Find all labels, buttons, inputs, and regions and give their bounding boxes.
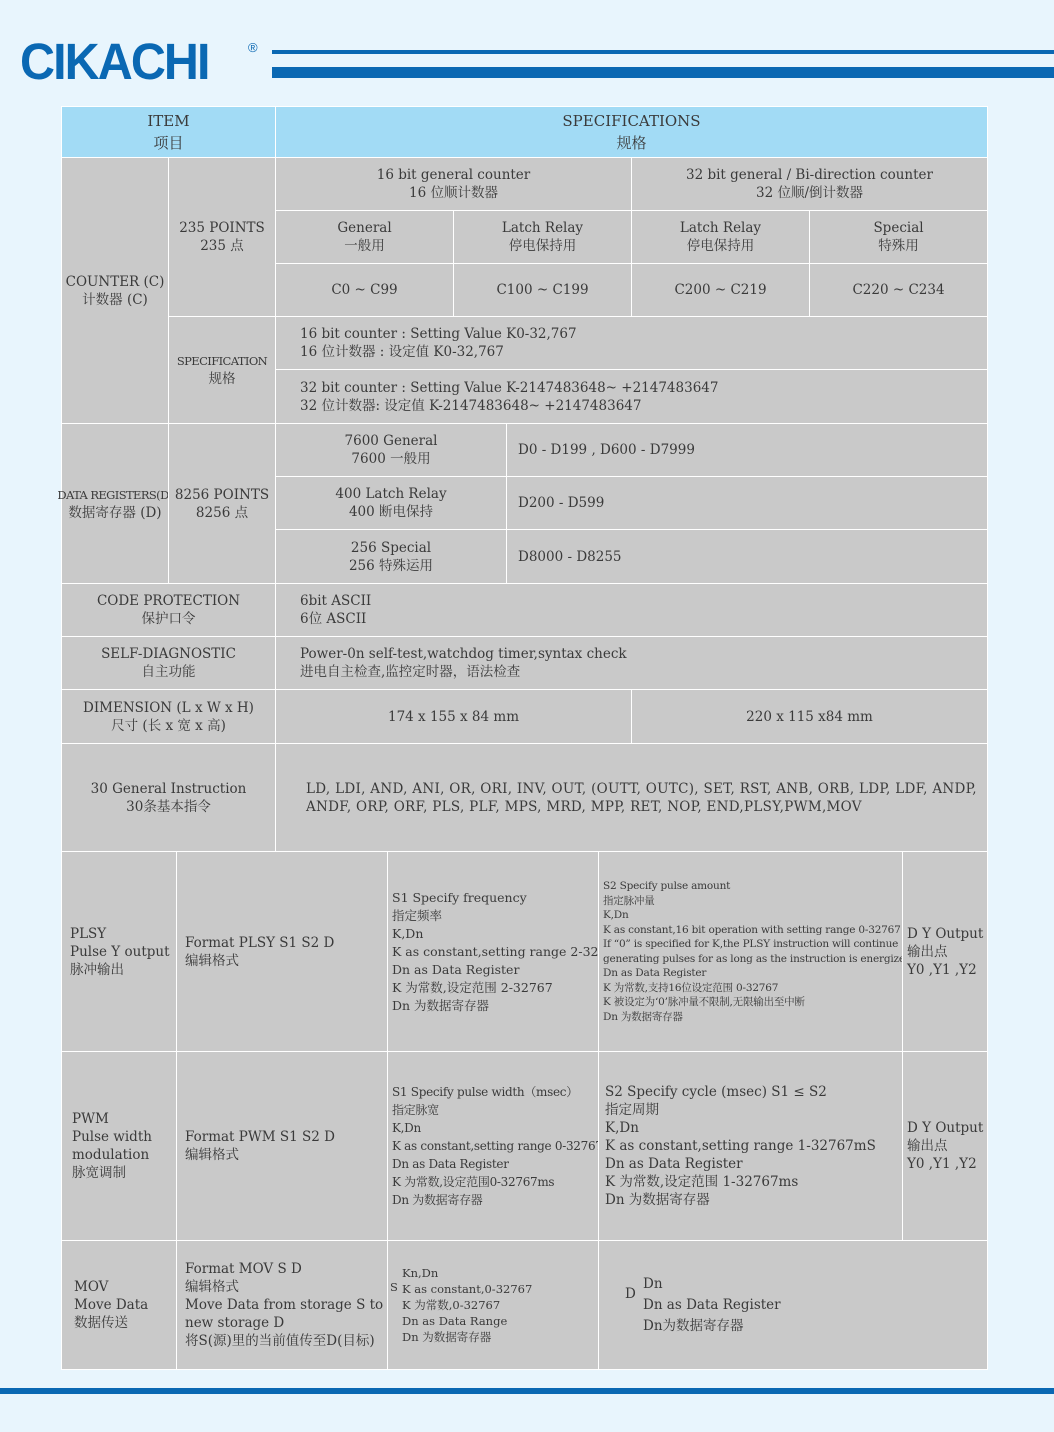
pwm-name: PWMPulse widthmodulation脉宽调制 [61,1051,177,1241]
cell-line: K as constant,setting range 0-32767mS [392,1137,622,1155]
counter-label: COUNTER (C) 计数器 (C) [61,157,169,424]
dr-label-en: DATA REGISTERS(D) [57,486,172,504]
group32-zh: 32 位顺/倒计数器 [756,184,863,202]
instructions-label: 30 General Instruction 30条基本指令 [61,743,276,852]
cell-line: Format PLSY S1 S2 D [185,934,334,952]
counter-spec-32bit: 32 bit counter : Setting Value K-2147483… [275,369,988,424]
mov-destination-lines: DnDn as Data RegisterDn为数据寄存器 [643,1274,781,1337]
sd-value-en: Power-0n self-test,watchdog timer,syntax… [300,645,627,663]
type-zh: 一般用 [344,237,385,255]
cell-line: S2 Specify cycle (msec) S1 ≤ S2 [605,1083,827,1101]
cell-line: K,Dn [392,1119,421,1137]
source-letter: S [390,1279,398,1295]
type-zh: 停电保持用 [509,237,577,255]
cell-line: PWM [72,1110,109,1128]
type-en: Special [873,219,923,237]
header-divider-thick [272,67,1054,78]
footer-divider [0,1388,1054,1394]
spec-label-zh: 规格 [209,370,236,388]
cell-line: K 为常数,设定范围0-32767ms [392,1173,554,1191]
dr-points-en: 8256 POINTS [175,486,269,504]
cell-line: K,Dn [392,925,423,943]
cell-line: K as constant,16 bit operation with sett… [603,923,901,938]
range-text: C0 ~ C99 [331,281,397,299]
data-registers-label: DATA REGISTERS(D) 数据寄存器 (D) [61,423,169,584]
header-divider-thin [272,50,1054,54]
dimension-label: DIMENSION (L x W x H) 尺寸 (长 x 宽 x 高) [61,689,276,744]
plsy-s2: S2 Specify pulse amount指定脉冲量K,DnK as con… [598,851,903,1052]
cell-line: Dn as Data Range [402,1313,532,1329]
dr-range-text: D0 - D199 , D600 - D7999 [518,441,695,459]
counter-points: 235 POINTS 235 点 [168,157,276,317]
cell-line: Move Data from storage S to a [185,1296,396,1314]
cell-line: 脉宽调制 [72,1164,126,1182]
cell-line: Dn as Data Register [392,961,519,979]
cell-line: MOV [74,1278,108,1296]
self-diagnostic-value: Power-0n self-test,watchdog timer,syntax… [275,636,988,690]
counter-16bit-group: 16 bit general counter 16 位顺计数器 [275,157,632,211]
spec16-zh: 16 位计数器 : 设定值 K0-32,767 [300,343,504,361]
mov-name: MOVMove Data数据传送 [61,1240,177,1370]
mov-destination-block: D DnDn as Data RegisterDn为数据寄存器 [625,1274,781,1337]
counter-range: C220 ~ C234 [809,263,988,317]
destination-letter: D [625,1284,636,1305]
pwm-s1: S1 Specify pulse width（msec）指定脉宽K,DnK as… [387,1051,599,1241]
counter-spec-16bit: 16 bit counter : Setting Value K0-32,767… [275,316,988,370]
spec32-zh: 32 位计数器: 设定值 K-2147483648~ +2147483647 [300,397,641,415]
dimension-value-a: 174 x 155 x 84 mm [275,689,632,744]
type-zh: 停电保持用 [687,237,755,255]
cell-line: 指定脉宽 [392,1101,439,1119]
cell-line: 指定周期 [605,1101,659,1119]
type-en: Latch Relay [680,219,761,237]
dr-type-zh: 400 断电保持 [349,503,433,521]
cell-line: Kn,Dn [402,1265,532,1281]
counter-range: C0 ~ C99 [275,263,454,317]
cell-line: Dn 为数据寄存器 [402,1329,532,1345]
pwm-output: D Y Output输出点Y0 ,Y1 ,Y2 [902,1051,988,1241]
dr-range-text: D8000 - D8255 [518,548,622,566]
type-zh: 特殊用 [878,237,919,255]
cell-line: Dn 为数据寄存器 [392,1191,482,1209]
instr-line-2: ANDF, ORP, ORF, PLS, PLF, MPS, MRD, MPP,… [306,798,862,816]
counter-type-special: Special 特殊用 [809,210,988,264]
dr-range-general: D0 - D199 , D600 - D7999 [506,423,988,477]
dr-type-zh: 256 特殊运用 [349,557,433,575]
dr-range-special: D8000 - D8255 [506,529,988,584]
cell-line: generating pulses for as long as the ins… [603,952,911,967]
dr-range-text: D200 - D599 [518,494,604,512]
cp-value-en: 6bit ASCII [300,592,371,610]
dr-type-general: 7600 General 7600 一般用 [275,423,507,477]
cell-line: 数据传送 [74,1314,128,1332]
cell-line: 指定脉冲量 [603,894,655,909]
range-text: C220 ~ C234 [852,281,944,299]
dr-type-zh: 7600 一般用 [351,450,430,468]
instr-label-en: 30 General Instruction [91,780,247,798]
pwm-format: Format PWM S1 S2 D编辑格式 [176,1051,388,1241]
spec32-en: 32 bit counter : Setting Value K-2147483… [300,379,718,397]
header-item-en: ITEM [147,110,189,132]
dr-label-zh: 数据寄存器 (D) [68,504,161,522]
cell-line: K 被设定为‘0’脉冲量不限制,无限输出至中断 [603,995,805,1010]
mov-source: S Kn,DnK as constant,0-32767K 为常数,0-3276… [387,1240,599,1370]
mov-source-lines: Kn,DnK as constant,0-32767K 为常数,0-32767D… [402,1265,532,1345]
pwm-s2: S2 Specify cycle (msec) S1 ≤ S2指定周期K,DnK… [598,1051,903,1241]
counter-label-en: COUNTER (C) [66,273,165,291]
mov-format: Format MOV S D编辑格式Move Data from storage… [176,1240,388,1370]
cp-label-zh: 保护口令 [142,610,196,628]
counter-spec-label: SPECIFICATION 规格 [168,316,276,424]
dr-points-zh: 8256 点 [196,504,248,522]
counter-range: C100 ~ C199 [453,263,632,317]
type-en: General [337,219,391,237]
sd-label-zh: 自主功能 [142,663,196,681]
dr-type-en: 7600 General [345,432,438,450]
cp-value-zh: 6位 ASCII [300,610,366,628]
code-protection-label: CODE PROTECTION 保护口令 [61,583,276,637]
cell-line: 编辑格式 [185,1278,239,1296]
header-specifications: SPECIFICATIONS 规格 [275,106,988,158]
cell-line: K 为常数,设定范围 1-32767ms [605,1173,798,1191]
dr-range-latch: D200 - D599 [506,476,988,530]
plsy-format: Format PLSY S1 S2 D编辑格式 [176,851,388,1052]
dim-label-en: DIMENSION (L x W x H) [83,699,254,717]
cell-line: new storage D [185,1314,284,1332]
cell-line: Pulse Y output [70,943,170,961]
plsy-name: PLSYPulse Y output脉冲输出 [61,851,177,1052]
cell-line: Dn [643,1274,781,1295]
cell-line: 编辑格式 [185,952,239,970]
cell-line: K as constant,setting range 2-32767 [392,943,622,961]
dr-type-special: 256 Special 256 特殊运用 [275,529,507,584]
dr-type-latch: 400 Latch Relay 400 断电保持 [275,476,507,530]
cell-line: Dn为数据寄存器 [643,1316,781,1337]
cell-line: Dn as Data Register [643,1295,781,1316]
code-protection-value: 6bit ASCII 6位 ASCII [275,583,988,637]
dim-label-zh: 尺寸 (长 x 宽 x 高) [111,717,226,735]
cell-line: Pulse width [72,1128,152,1146]
cell-line: Y0 ,Y1 ,Y2 [907,1155,977,1173]
cell-line: K 为常数,0-32767 [402,1297,532,1313]
cell-line: K 为常数,设定范围 2-32767 [392,979,553,997]
cell-line: 编辑格式 [185,1146,239,1164]
cell-line: K,Dn [603,908,629,923]
cell-line: 输出点 [907,1137,948,1155]
group32-en: 32 bit general / Bi-direction counter [686,166,933,184]
registered-mark: ® [248,40,258,55]
cell-line: 输出点 [907,943,948,961]
instructions-list: LD, LDI, AND, ANI, OR, ORI, INV, OUT, (O… [275,743,988,852]
counter-points-en: 235 POINTS [179,219,265,237]
cell-line: S1 Specify frequency [392,889,527,907]
instr-line-1: LD, LDI, AND, ANI, OR, ORI, INV, OUT, (O… [306,780,977,798]
group16-zh: 16 位顺计数器 [409,184,498,202]
mov-destination: D DnDn as Data RegisterDn为数据寄存器 [598,1240,988,1370]
dim-value-a: 174 x 155 x 84 mm [388,708,519,726]
cell-line: K as constant,setting range 1-32767mS [605,1137,876,1155]
spec-label-en: SPECIFICATION [177,352,267,370]
counter-type-latch-32: Latch Relay 停电保持用 [631,210,810,264]
mov-source-block: S Kn,DnK as constant,0-32767K 为常数,0-3276… [390,1265,532,1345]
cell-line: Dn 为数据寄存器 [605,1191,710,1209]
counter-range: C200 ~ C219 [631,263,810,317]
sd-value-zh: 进电自主检查,监控定时器，语法检查 [300,663,520,681]
cell-line: Format PWM S1 S2 D [185,1128,335,1146]
cell-line: D Y Output [907,1119,983,1137]
header-item: ITEM 项目 [61,106,276,158]
cell-line: D Y Output [907,925,983,943]
header-spec-en: SPECIFICATIONS [562,110,700,132]
cell-line: Format MOV S D [185,1260,302,1278]
spec16-en: 16 bit counter : Setting Value K0-32,767 [300,325,577,343]
cell-line: Move Data [74,1296,148,1314]
counter-label-zh: 计数器 (C) [82,291,148,309]
counter-points-zh: 235 点 [200,237,244,255]
cell-line: S1 Specify pulse width（msec） [392,1083,578,1101]
counter-type-latch-16: Latch Relay 停电保持用 [453,210,632,264]
cell-line: K 为常数,支持16位设定范围 0-32767 [603,981,778,996]
instr-label-zh: 30条基本指令 [126,798,211,816]
cell-line: S2 Specify pulse amount [603,879,730,894]
cell-line: 将S(源)里的当前值传至D(目标) [185,1332,375,1350]
header-item-zh: 项目 [153,132,183,154]
dimension-value-b: 220 x 115 x84 mm [631,689,988,744]
range-text: C200 ~ C219 [674,281,766,299]
plsy-output: D Y Output输出点Y0 ,Y1 ,Y2 [902,851,988,1052]
header-spec-zh: 规格 [616,132,646,154]
type-en: Latch Relay [502,219,583,237]
cell-line: modulation [72,1146,149,1164]
range-text: C100 ~ C199 [496,281,588,299]
data-registers-points: 8256 POINTS 8256 点 [168,423,276,584]
logo-text: CIKACHI [20,36,209,87]
cell-line: If “0” is specified for K,the PLSY instr… [603,937,898,952]
dr-type-en: 256 Special [351,539,431,557]
cell-line: Dn 为数据寄存器 [392,997,489,1015]
cell-line: Dn 为数据寄存器 [603,1010,683,1025]
cell-line: K as constant,0-32767 [402,1281,532,1297]
plsy-s1: S1 Specify frequency指定频率K,DnK as constan… [387,851,599,1052]
cell-line: 指定频率 [392,907,442,925]
cell-line: Dn as Data Register [392,1155,509,1173]
dr-type-en: 400 Latch Relay [335,485,446,503]
self-diagnostic-label: SELF-DIAGNOSTIC 自主功能 [61,636,276,690]
counter-32bit-group: 32 bit general / Bi-direction counter 32… [631,157,988,211]
cell-line: 脉冲输出 [70,961,124,979]
cp-label-en: CODE PROTECTION [97,592,240,610]
cell-line: PLSY [70,925,106,943]
group16-en: 16 bit general counter [377,166,531,184]
dim-value-b: 220 x 115 x84 mm [746,708,873,726]
sd-label-en: SELF-DIAGNOSTIC [101,645,236,663]
cell-line: Y0 ,Y1 ,Y2 [907,961,977,979]
cell-line: Dn as Data Register [605,1155,743,1173]
cell-line: K,Dn [605,1119,639,1137]
counter-type-general: General 一般用 [275,210,454,264]
cell-line: Dn as Data Register [603,966,706,981]
